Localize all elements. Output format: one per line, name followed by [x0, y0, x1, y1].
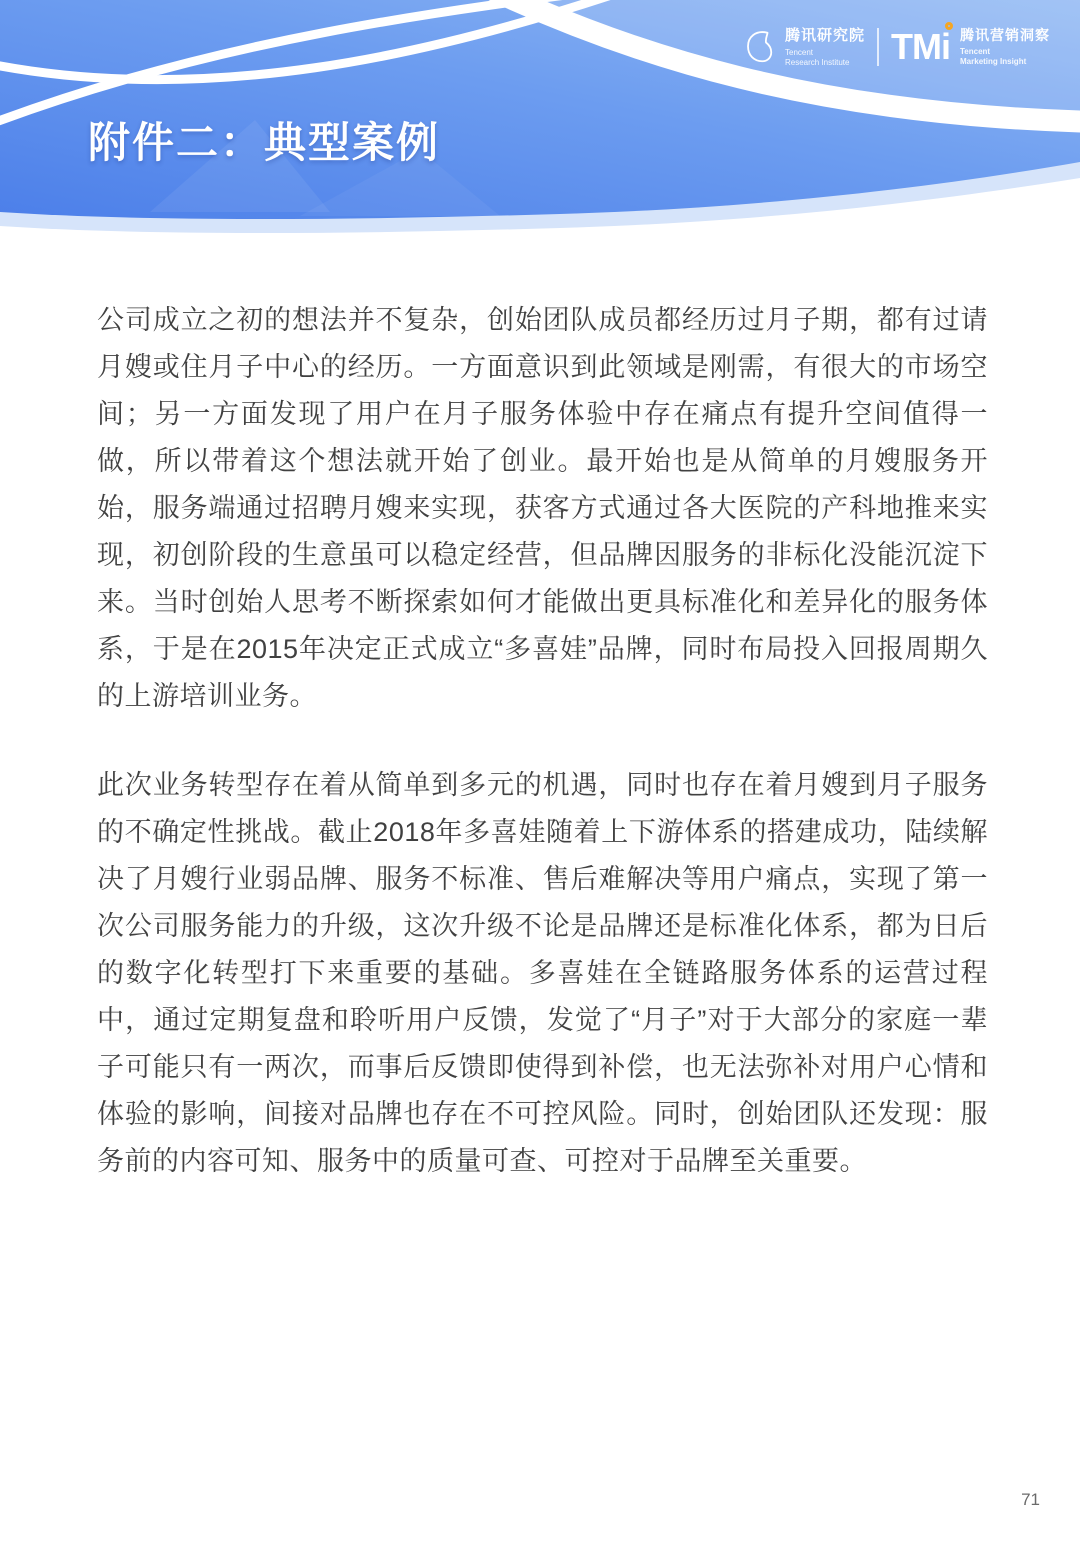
header-logos: 腾讯研究院 Tencent Research Institute TMi 腾讯营…	[745, 26, 1050, 68]
body-content: 公司成立之初的想法并不复杂，创始团队成员都经历过月子期，都有过请月嫂或住月子中心…	[0, 240, 1080, 1227]
page-number: 71	[1021, 1490, 1040, 1510]
tri-logo-en: Tencent Research Institute	[785, 48, 865, 68]
page-title: 附件二：典型案例	[88, 110, 440, 170]
tmi-logo: TMi 腾讯营销洞察 Tencent Marketing Insight	[891, 27, 1050, 67]
tri-logo-cn: 腾讯研究院	[785, 27, 865, 45]
paragraph-2: 此次业务转型存在着从简单到多元的机遇，同时也存在着月嫂到月子服务的不确定性挑战。…	[97, 762, 988, 1185]
tmi-logo-cn: 腾讯营销洞察	[960, 27, 1050, 44]
tencent-research-institute-logo: 腾讯研究院 Tencent Research Institute	[785, 27, 865, 68]
tmi-logo-en: Tencent Marketing Insight	[960, 47, 1050, 67]
header-banner: 腾讯研究院 Tencent Research Institute TMi 腾讯营…	[0, 0, 1080, 240]
tmi-logo-text: 腾讯营销洞察 Tencent Marketing Insight	[960, 27, 1050, 67]
tmi-wordmark: TMi	[891, 29, 950, 65]
tmi-dot-icon	[945, 22, 953, 30]
page: 腾讯研究院 Tencent Research Institute TMi 腾讯营…	[0, 0, 1080, 1560]
logo-divider	[877, 28, 879, 66]
paragraph-1: 公司成立之初的想法并不复杂，创始团队成员都经历过月子期，都有过请月嫂或住月子中心…	[97, 297, 988, 720]
tencent-penguin-icon	[745, 26, 775, 68]
